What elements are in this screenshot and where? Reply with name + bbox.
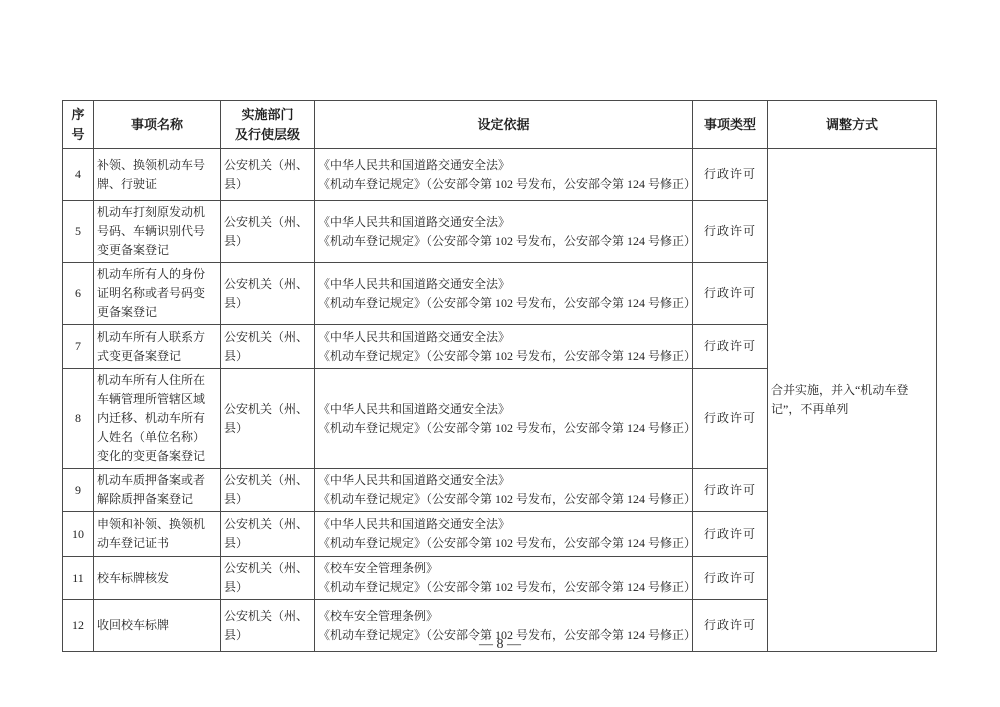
header-cell-type: 事项类型 [693, 101, 768, 149]
cell-name: 机动车打刻原发动机 号码、车辆识别代号 变更备案登记 [94, 201, 221, 263]
cell-dept: 公安机关（州、 县） [221, 201, 315, 263]
cell-type: 行政许可 [693, 201, 768, 263]
cell-name: 机动车所有人的身份 证明名称或者号码变 更备案登记 [94, 263, 221, 325]
cell-type: 行政许可 [693, 325, 768, 369]
cell-dept: 公安机关（州、 县） [221, 369, 315, 469]
cell-seq: 10 [63, 512, 94, 557]
header-cell-dept: 实施部门 及行使层级 [221, 101, 315, 149]
cell-name: 申领和补领、换领机 动车登记证书 [94, 512, 221, 557]
cell-type: 行政许可 [693, 263, 768, 325]
cell-name: 补领、换领机动车号 牌、行驶证 [94, 149, 221, 201]
cell-type: 行政许可 [693, 512, 768, 557]
cell-type: 行政许可 [693, 369, 768, 469]
cell-seq: 7 [63, 325, 94, 369]
cell-type: 行政许可 [693, 557, 768, 600]
header-cell-basis: 设定依据 [315, 101, 693, 149]
cell-name: 机动车所有人住所在 车辆管理所管辖区域 内迁移、机动车所有 人姓名（单位名称） … [94, 369, 221, 469]
header-cell-seq: 序 号 [63, 101, 94, 149]
cell-basis: 《校车安全管理条例》 《机动车登记规定》（公安部令第 102 号发布，公安部令第… [315, 557, 693, 600]
cell-seq: 5 [63, 201, 94, 263]
merged-adjust-cell: 合并实施，并入“机动车登 记”，不再单列 [768, 149, 937, 652]
cell-seq: 9 [63, 469, 94, 512]
header-cell-name: 事项名称 [94, 101, 221, 149]
cell-basis: 《中华人民共和国道路交通安全法》 《机动车登记规定》（公安部令第 102 号发布… [315, 469, 693, 512]
cell-name: 校车标牌核发 [94, 557, 221, 600]
cell-dept: 公安机关（州、 县） [221, 469, 315, 512]
cell-seq: 6 [63, 263, 94, 325]
cell-basis: 《中华人民共和国道路交通安全法》 《机动车登记规定》（公安部令第 102 号发布… [315, 263, 693, 325]
cell-type: 行政许可 [693, 149, 768, 201]
cell-basis: 《中华人民共和国道路交通安全法》 《机动车登记规定》（公安部令第 102 号发布… [315, 149, 693, 201]
cell-seq: 11 [63, 557, 94, 600]
cell-name: 机动车质押备案或者 解除质押备案登记 [94, 469, 221, 512]
page-number: — 8 — [0, 637, 1000, 653]
cell-basis: 《中华人民共和国道路交通安全法》 《机动车登记规定》（公安部令第 102 号发布… [315, 325, 693, 369]
items-table: 序 号 事项名称 实施部门 及行使层级 设定依据 事项类型 调整方式 4 补领、… [62, 100, 937, 652]
header-cell-adjust: 调整方式 [768, 101, 937, 149]
cell-basis: 《中华人民共和国道路交通安全法》 《机动车登记规定》（公安部令第 102 号发布… [315, 512, 693, 557]
table-row: 4 补领、换领机动车号 牌、行驶证 公安机关（州、 县） 《中华人民共和国道路交… [63, 149, 937, 201]
cell-dept: 公安机关（州、 县） [221, 149, 315, 201]
cell-dept: 公安机关（州、 县） [221, 325, 315, 369]
cell-name: 机动车所有人联系方 式变更备案登记 [94, 325, 221, 369]
cell-basis: 《中华人民共和国道路交通安全法》 《机动车登记规定》（公安部令第 102 号发布… [315, 201, 693, 263]
cell-basis: 《中华人民共和国道路交通安全法》 《机动车登记规定》（公安部令第 102 号发布… [315, 369, 693, 469]
cell-type: 行政许可 [693, 469, 768, 512]
cell-dept: 公安机关（州、 县） [221, 263, 315, 325]
cell-seq: 4 [63, 149, 94, 201]
cell-seq: 8 [63, 369, 94, 469]
document-page: 序 号 事项名称 实施部门 及行使层级 设定依据 事项类型 调整方式 4 补领、… [0, 0, 1000, 707]
cell-dept: 公安机关（州、 县） [221, 512, 315, 557]
table-header-row: 序 号 事项名称 实施部门 及行使层级 设定依据 事项类型 调整方式 [63, 101, 937, 149]
cell-dept: 公安机关（州、 县） [221, 557, 315, 600]
